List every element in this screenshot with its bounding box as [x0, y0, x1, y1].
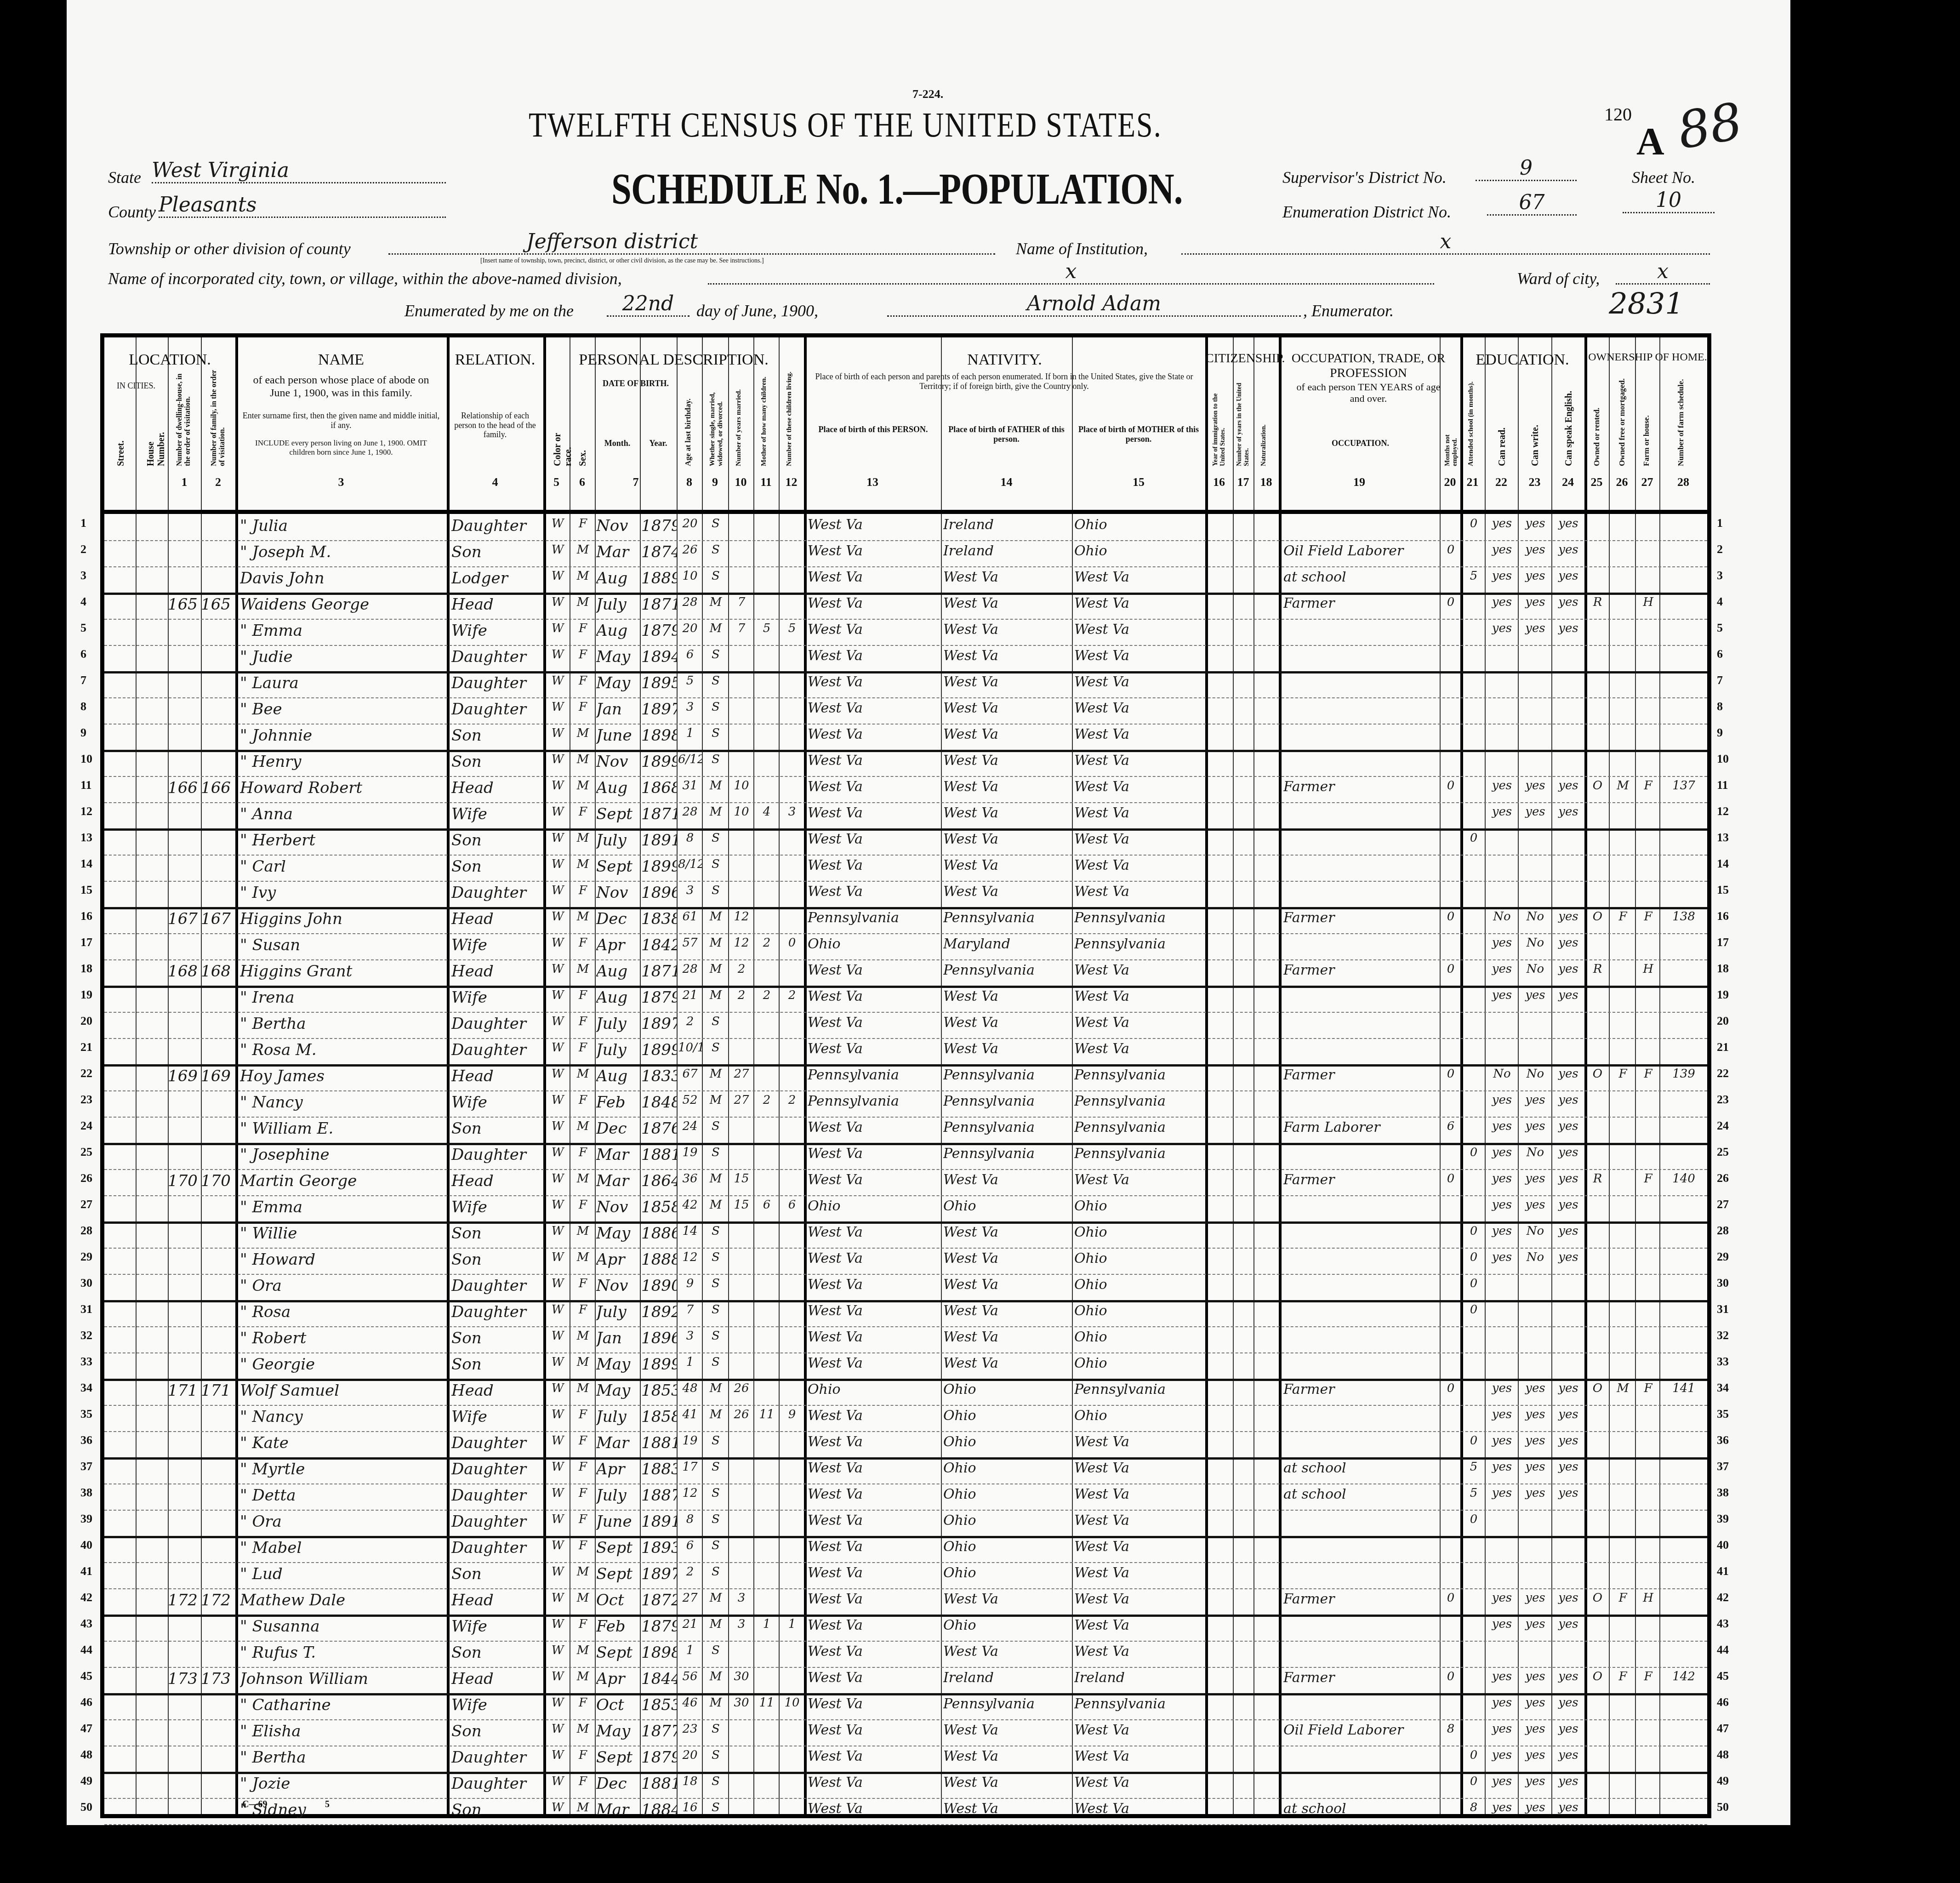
person-name-cell[interactable]: " Lud [240, 1565, 447, 1583]
person-name-cell[interactable]: " Myrtle [240, 1460, 447, 1478]
can-speak-cell[interactable]: yes [1552, 1434, 1584, 1448]
color-cell[interactable]: W [546, 700, 570, 714]
marital-status-cell[interactable]: S [703, 569, 728, 583]
birthplace-mother-cell[interactable]: Ohio [1074, 517, 1205, 533]
dwelling-number-cell[interactable]: 169 [168, 1067, 201, 1085]
can-speak-cell[interactable]: yes [1552, 1198, 1584, 1212]
relation-cell[interactable]: Daughter [451, 1041, 543, 1059]
person-name-cell[interactable]: " Bee [240, 700, 447, 719]
can-speak-cell[interactable]: yes [1552, 1146, 1584, 1159]
school-months-cell[interactable]: 0 [1463, 1303, 1485, 1317]
marital-status-cell[interactable]: S [703, 1119, 728, 1133]
relation-cell[interactable]: Daughter [451, 1486, 543, 1505]
relation-cell[interactable]: Son [451, 831, 543, 850]
birthplace-mother-cell[interactable]: West Va [1074, 1591, 1205, 1607]
relation-cell[interactable]: Wife [451, 936, 543, 954]
can-read-cell[interactable]: yes [1486, 779, 1518, 793]
birthplace-father-cell[interactable]: Ohio [943, 1512, 1072, 1529]
marital-status-cell[interactable]: M [703, 936, 728, 950]
children-living-cell[interactable]: 10 [780, 1696, 804, 1710]
children-living-cell[interactable]: 2 [780, 988, 804, 1002]
sex-cell[interactable]: M [571, 1565, 595, 1579]
color-cell[interactable]: W [546, 1093, 570, 1107]
color-cell[interactable]: W [546, 674, 570, 688]
birth-year-cell[interactable]: 1891 [641, 831, 677, 850]
birthplace-mother-cell[interactable]: West Va [1074, 1643, 1205, 1660]
birthplace-person-cell[interactable]: West Va [808, 1408, 941, 1424]
relation-cell[interactable]: Head [451, 1067, 543, 1085]
age-cell[interactable]: 17 [678, 1460, 702, 1474]
person-name-cell[interactable]: Waidens George [240, 595, 447, 614]
age-cell[interactable]: 5 [678, 674, 702, 688]
can-write-cell[interactable]: yes [1519, 569, 1551, 583]
marital-status-cell[interactable]: S [703, 1801, 728, 1815]
can-read-cell[interactable]: yes [1486, 1775, 1518, 1788]
birthplace-father-cell[interactable]: West Va [943, 753, 1072, 769]
sheet-field[interactable]: 10 [1623, 188, 1715, 213]
enumerator-field[interactable]: Arnold Adam [887, 292, 1301, 317]
birth-month-cell[interactable]: Apr [596, 1460, 640, 1478]
farm-schedule-cell[interactable]: 141 [1661, 1381, 1707, 1395]
birth-month-cell[interactable]: Nov [596, 517, 640, 535]
birth-month-cell[interactable]: Sept [596, 1748, 640, 1767]
birthplace-mother-cell[interactable]: Pennsylvania [1074, 936, 1205, 952]
sex-cell[interactable]: F [571, 1408, 595, 1421]
birthplace-father-cell[interactable]: West Va [943, 1643, 1072, 1660]
marital-status-cell[interactable]: M [703, 595, 728, 609]
marital-status-cell[interactable]: M [703, 622, 728, 635]
occupation-cell[interactable]: Farmer [1283, 1172, 1440, 1188]
birthplace-mother-cell[interactable]: West Va [1074, 1460, 1205, 1476]
supervisor-field[interactable]: 9 [1476, 156, 1577, 181]
birthplace-mother-cell[interactable]: West Va [1074, 1801, 1205, 1817]
marital-status-cell[interactable]: S [703, 884, 728, 897]
person-name-cell[interactable]: Wolf Samuel [240, 1381, 447, 1400]
marital-status-cell[interactable]: S [703, 1539, 728, 1552]
sex-cell[interactable]: F [571, 1775, 595, 1788]
birthplace-mother-cell[interactable]: Ohio [1074, 1224, 1205, 1240]
farm-house-cell[interactable]: F [1637, 1381, 1659, 1395]
can-write-cell[interactable]: No [1519, 936, 1551, 950]
relation-cell[interactable]: Son [451, 753, 543, 771]
birth-year-cell[interactable]: 1833 [641, 1067, 677, 1085]
age-cell[interactable]: 28 [678, 805, 702, 819]
marital-status-cell[interactable]: M [703, 1696, 728, 1710]
school-months-cell[interactable]: 0 [1463, 1775, 1485, 1788]
owned-rented-cell[interactable]: O [1586, 910, 1609, 924]
occupation-cell[interactable]: Farmer [1283, 910, 1440, 926]
can-read-cell[interactable]: yes [1486, 1093, 1518, 1107]
marital-status-cell[interactable]: S [703, 1565, 728, 1579]
birth-year-cell[interactable]: 1874 [641, 543, 677, 561]
birth-month-cell[interactable]: July [596, 595, 640, 614]
can-write-cell[interactable]: yes [1519, 1119, 1551, 1133]
can-read-cell[interactable]: yes [1486, 1250, 1518, 1264]
can-read-cell[interactable]: No [1486, 1067, 1518, 1081]
color-cell[interactable]: W [546, 622, 570, 635]
age-cell[interactable]: 12 [678, 1250, 702, 1264]
birthplace-mother-cell[interactable]: West Va [1074, 962, 1205, 978]
sex-cell[interactable]: M [571, 543, 595, 557]
free-mortgaged-cell[interactable]: F [1611, 910, 1635, 924]
birthplace-person-cell[interactable]: West Va [808, 857, 941, 873]
school-months-cell[interactable]: 5 [1463, 1486, 1485, 1500]
person-name-cell[interactable]: " Howard [240, 1250, 447, 1269]
marital-status-cell[interactable]: S [703, 700, 728, 714]
can-read-cell[interactable]: yes [1486, 595, 1518, 609]
can-read-cell[interactable]: yes [1486, 1722, 1518, 1736]
birthplace-father-cell[interactable]: Ohio [943, 1617, 1072, 1633]
age-cell[interactable]: 16 [678, 1801, 702, 1815]
years-married-cell[interactable]: 7 [729, 622, 753, 635]
color-cell[interactable]: W [546, 543, 570, 557]
relation-cell[interactable]: Daughter [451, 674, 543, 692]
relation-cell[interactable]: Son [451, 1119, 543, 1138]
birth-year-cell[interactable]: 1898 [641, 1643, 677, 1662]
children-living-cell[interactable]: 1 [780, 1617, 804, 1631]
marital-status-cell[interactable]: S [703, 1146, 728, 1159]
age-cell[interactable]: 21 [678, 988, 702, 1002]
sex-cell[interactable]: M [571, 1355, 595, 1369]
birth-year-cell[interactable]: 1898 [641, 726, 677, 745]
can-write-cell[interactable]: No [1519, 1146, 1551, 1159]
school-months-cell[interactable]: 5 [1463, 569, 1485, 583]
can-speak-cell[interactable]: yes [1552, 1408, 1584, 1421]
birthplace-person-cell[interactable]: West Va [808, 517, 941, 533]
mother-of-cell[interactable]: 2 [755, 1093, 779, 1107]
marital-status-cell[interactable]: S [703, 1748, 728, 1762]
birth-year-cell[interactable]: 1893 [641, 1539, 677, 1557]
sex-cell[interactable]: F [571, 1198, 595, 1212]
person-name-cell[interactable]: " Rosa M. [240, 1041, 447, 1059]
marital-status-cell[interactable]: S [703, 1041, 728, 1055]
birth-month-cell[interactable]: Apr [596, 1670, 640, 1688]
can-read-cell[interactable]: yes [1486, 1381, 1518, 1395]
birthplace-father-cell[interactable]: Pennsylvania [943, 1119, 1072, 1136]
months-unemployed-cell[interactable]: 0 [1441, 1067, 1460, 1081]
school-months-cell[interactable]: 0 [1463, 831, 1485, 845]
person-name-cell[interactable]: Martin George [240, 1172, 447, 1190]
months-unemployed-cell[interactable]: 0 [1441, 543, 1460, 557]
sex-cell[interactable]: F [571, 1434, 595, 1448]
age-cell[interactable]: 3 [678, 1329, 702, 1343]
birth-year-cell[interactable]: 1853 [641, 1381, 677, 1400]
can-read-cell[interactable]: yes [1486, 805, 1518, 819]
age-cell[interactable]: 2 [678, 1565, 702, 1579]
sex-cell[interactable]: F [571, 517, 595, 531]
color-cell[interactable]: W [546, 1303, 570, 1317]
birth-month-cell[interactable]: Nov [596, 1198, 640, 1216]
person-name-cell[interactable]: Higgins Grant [240, 962, 447, 981]
birth-year-cell[interactable]: 1864 [641, 1172, 677, 1190]
can-speak-cell[interactable]: yes [1552, 517, 1584, 531]
birth-year-cell[interactable]: 1889 [641, 569, 677, 588]
color-cell[interactable]: W [546, 988, 570, 1002]
family-number-cell[interactable]: 172 [201, 1591, 235, 1609]
age-cell[interactable]: 18 [678, 1775, 702, 1788]
birthplace-father-cell[interactable]: West Va [943, 1775, 1072, 1791]
sex-cell[interactable]: M [571, 1172, 595, 1186]
birth-month-cell[interactable]: Oct [596, 1591, 640, 1609]
school-months-cell[interactable]: 0 [1463, 1250, 1485, 1264]
person-name-cell[interactable]: " Johnnie [240, 726, 447, 745]
person-name-cell[interactable]: " Detta [240, 1486, 447, 1505]
sex-cell[interactable]: M [571, 1591, 595, 1605]
birth-year-cell[interactable]: 1853 [641, 1696, 677, 1714]
birthplace-father-cell[interactable]: West Va [943, 1224, 1072, 1240]
birthplace-person-cell[interactable]: West Va [808, 569, 941, 585]
birth-month-cell[interactable]: May [596, 674, 640, 692]
can-speak-cell[interactable]: yes [1552, 936, 1584, 950]
school-months-cell[interactable]: 0 [1463, 1512, 1485, 1526]
birthplace-father-cell[interactable]: West Va [943, 700, 1072, 716]
birthplace-person-cell[interactable]: West Va [808, 884, 941, 900]
color-cell[interactable]: W [546, 936, 570, 950]
farm-house-cell[interactable]: F [1637, 779, 1659, 793]
birth-year-cell[interactable]: 1894 [641, 648, 677, 666]
family-number-cell[interactable]: 171 [201, 1381, 235, 1400]
marital-status-cell[interactable]: S [703, 1775, 728, 1788]
can-write-cell[interactable]: yes [1519, 1617, 1551, 1631]
birth-year-cell[interactable]: 1877 [641, 1722, 677, 1740]
can-write-cell[interactable]: yes [1519, 622, 1551, 635]
relation-cell[interactable]: Head [451, 962, 543, 981]
owned-rented-cell[interactable]: R [1586, 595, 1609, 609]
owned-rented-cell[interactable]: O [1586, 1670, 1609, 1683]
color-cell[interactable]: W [546, 831, 570, 845]
farm-house-cell[interactable]: F [1637, 1670, 1659, 1683]
color-cell[interactable]: W [546, 1198, 570, 1212]
person-name-cell[interactable]: " Bertha [240, 1748, 447, 1767]
color-cell[interactable]: W [546, 1801, 570, 1815]
relation-cell[interactable]: Daughter [451, 884, 543, 902]
relation-cell[interactable]: Wife [451, 1093, 543, 1112]
children-living-cell[interactable]: 0 [780, 936, 804, 950]
birthplace-person-cell[interactable]: West Va [808, 1722, 941, 1738]
birthplace-father-cell[interactable]: Ireland [943, 543, 1072, 559]
person-name-cell[interactable]: " Bertha [240, 1015, 447, 1033]
marital-status-cell[interactable]: M [703, 1617, 728, 1631]
birthplace-mother-cell[interactable]: West Va [1074, 1539, 1205, 1555]
birthplace-person-cell[interactable]: West Va [808, 1119, 941, 1136]
person-name-cell[interactable]: " Henry [240, 753, 447, 771]
age-cell[interactable]: 28 [678, 962, 702, 976]
birthplace-father-cell[interactable]: West Va [943, 884, 1072, 900]
person-name-cell[interactable]: " Nancy [240, 1408, 447, 1426]
color-cell[interactable]: W [546, 726, 570, 740]
sex-cell[interactable]: F [571, 884, 595, 897]
birthplace-father-cell[interactable]: West Va [943, 595, 1072, 611]
dwelling-number-cell[interactable]: 170 [168, 1172, 201, 1190]
color-cell[interactable]: W [546, 1015, 570, 1028]
color-cell[interactable]: W [546, 753, 570, 766]
months-unemployed-cell[interactable]: 0 [1441, 1381, 1460, 1395]
dwelling-number-cell[interactable]: 166 [168, 779, 201, 797]
can-read-cell[interactable]: yes [1486, 1224, 1518, 1238]
marital-status-cell[interactable]: S [703, 1643, 728, 1657]
birthplace-person-cell[interactable]: West Va [808, 1041, 941, 1057]
can-read-cell[interactable]: yes [1486, 1801, 1518, 1815]
color-cell[interactable]: W [546, 779, 570, 793]
relation-cell[interactable]: Son [451, 726, 543, 745]
sex-cell[interactable]: F [571, 1146, 595, 1159]
can-write-cell[interactable]: yes [1519, 1381, 1551, 1395]
age-cell[interactable]: 19 [678, 1146, 702, 1159]
farm-house-cell[interactable]: H [1637, 962, 1659, 976]
family-number-cell[interactable]: 173 [201, 1670, 235, 1688]
birth-year-cell[interactable]: 1871 [641, 595, 677, 614]
relation-cell[interactable]: Daughter [451, 1277, 543, 1295]
person-name-cell[interactable]: " Jozie [240, 1775, 447, 1793]
sex-cell[interactable]: M [571, 753, 595, 766]
person-name-cell[interactable]: " Herbert [240, 831, 447, 850]
birthplace-father-cell[interactable]: Pennsylvania [943, 1146, 1072, 1162]
birthplace-person-cell[interactable]: West Va [808, 1329, 941, 1345]
birthplace-father-cell[interactable]: West Va [943, 1722, 1072, 1738]
occupation-cell[interactable]: Farmer [1283, 962, 1440, 978]
birth-month-cell[interactable]: Feb [596, 1093, 640, 1112]
relation-cell[interactable]: Head [451, 1591, 543, 1609]
birthplace-father-cell[interactable]: West Va [943, 648, 1072, 664]
relation-cell[interactable]: Head [451, 1670, 543, 1688]
can-read-cell[interactable]: yes [1486, 1434, 1518, 1448]
can-speak-cell[interactable]: yes [1552, 988, 1584, 1002]
color-cell[interactable]: W [546, 1277, 570, 1290]
children-living-cell[interactable]: 9 [780, 1408, 804, 1421]
relation-cell[interactable]: Head [451, 1381, 543, 1400]
birthplace-person-cell[interactable]: West Va [808, 700, 941, 716]
birthplace-person-cell[interactable]: West Va [808, 1015, 941, 1031]
occupation-cell[interactable]: Farmer [1283, 1067, 1440, 1083]
birthplace-mother-cell[interactable]: Pennsylvania [1074, 1696, 1205, 1712]
birth-month-cell[interactable]: Apr [596, 936, 640, 954]
birthplace-father-cell[interactable]: West Va [943, 1303, 1072, 1319]
age-cell[interactable]: 31 [678, 779, 702, 793]
sex-cell[interactable]: M [571, 1643, 595, 1657]
free-mortgaged-cell[interactable]: F [1611, 1067, 1635, 1081]
person-name-cell[interactable]: " Kate [240, 1434, 447, 1452]
color-cell[interactable]: W [546, 1591, 570, 1605]
person-name-cell[interactable]: " Ivy [240, 884, 447, 902]
occupation-cell[interactable]: Farmer [1283, 1381, 1440, 1398]
township-field[interactable]: Jefferson district [388, 230, 995, 255]
birth-year-cell[interactable]: 1872 [641, 1591, 677, 1609]
can-write-cell[interactable]: yes [1519, 595, 1551, 609]
marital-status-cell[interactable]: S [703, 1015, 728, 1028]
school-months-cell[interactable]: 0 [1463, 1748, 1485, 1762]
can-read-cell[interactable]: yes [1486, 543, 1518, 557]
age-cell[interactable]: 20 [678, 517, 702, 531]
owned-rented-cell[interactable]: R [1586, 1172, 1609, 1186]
birthplace-mother-cell[interactable]: West Va [1074, 1748, 1205, 1764]
birthplace-person-cell[interactable]: West Va [808, 1172, 941, 1188]
color-cell[interactable]: W [546, 1748, 570, 1762]
person-name-cell[interactable]: " Susan [240, 936, 447, 954]
birthplace-person-cell[interactable]: West Va [808, 648, 941, 664]
county-field[interactable]: Pleasants [159, 193, 446, 218]
color-cell[interactable]: W [546, 1434, 570, 1448]
marital-status-cell[interactable]: S [703, 753, 728, 766]
person-name-cell[interactable]: " Julia [240, 517, 447, 535]
marital-status-cell[interactable]: S [703, 674, 728, 688]
person-name-cell[interactable]: " Josephine [240, 1146, 447, 1164]
can-write-cell[interactable]: yes [1519, 1408, 1551, 1421]
birthplace-mother-cell[interactable]: West Va [1074, 884, 1205, 900]
person-name-cell[interactable]: Johnson William [240, 1670, 447, 1688]
marital-status-cell[interactable]: S [703, 857, 728, 871]
can-write-cell[interactable]: yes [1519, 1591, 1551, 1605]
age-cell[interactable]: 42 [678, 1198, 702, 1212]
occupation-cell[interactable]: Oil Field Laborer [1283, 1722, 1440, 1738]
birthplace-mother-cell[interactable]: West Va [1074, 569, 1205, 585]
age-cell[interactable]: 3 [678, 700, 702, 714]
birth-year-cell[interactable]: 1899 [641, 753, 677, 771]
age-cell[interactable]: 9 [678, 1277, 702, 1290]
occupation-cell[interactable]: Farm Laborer [1283, 1119, 1440, 1136]
can-read-cell[interactable]: yes [1486, 569, 1518, 583]
birthplace-person-cell[interactable]: West Va [808, 779, 941, 795]
relation-cell[interactable]: Son [451, 857, 543, 876]
birth-month-cell[interactable]: May [596, 1224, 640, 1243]
birthplace-mother-cell[interactable]: Ireland [1074, 1670, 1205, 1686]
can-speak-cell[interactable]: yes [1552, 595, 1584, 609]
birth-year-cell[interactable]: 1876 [641, 1119, 677, 1138]
person-name-cell[interactable]: Mathew Dale [240, 1591, 447, 1609]
birth-year-cell[interactable]: 1879 [641, 622, 677, 640]
farm-house-cell[interactable]: F [1637, 1067, 1659, 1081]
birthplace-father-cell[interactable]: Ohio [943, 1434, 1072, 1450]
years-married-cell[interactable]: 12 [729, 910, 753, 924]
farm-house-cell[interactable]: F [1637, 1172, 1659, 1186]
birthplace-father-cell[interactable]: West Va [943, 1041, 1072, 1057]
enumeration-field[interactable]: 67 [1487, 191, 1577, 216]
birth-month-cell[interactable]: May [596, 1722, 640, 1740]
age-cell[interactable]: 6/12 [678, 753, 702, 766]
can-write-cell[interactable]: yes [1519, 543, 1551, 557]
marital-status-cell[interactable]: S [703, 1722, 728, 1736]
birthplace-father-cell[interactable]: West Va [943, 1748, 1072, 1764]
age-cell[interactable]: 7 [678, 1303, 702, 1317]
owned-rented-cell[interactable]: O [1586, 1381, 1609, 1395]
color-cell[interactable]: W [546, 1172, 570, 1186]
can-write-cell[interactable]: yes [1519, 1775, 1551, 1788]
marital-status-cell[interactable]: M [703, 805, 728, 819]
color-cell[interactable]: W [546, 884, 570, 897]
relation-cell[interactable]: Son [451, 1355, 543, 1374]
months-unemployed-cell[interactable]: 0 [1441, 779, 1460, 793]
person-name-cell[interactable]: Higgins John [240, 910, 447, 928]
birthplace-person-cell[interactable]: West Va [808, 622, 941, 638]
can-read-cell[interactable]: yes [1486, 1198, 1518, 1212]
can-read-cell[interactable]: yes [1486, 1696, 1518, 1710]
birthplace-father-cell[interactable]: West Va [943, 1329, 1072, 1345]
owned-rented-cell[interactable]: O [1586, 1591, 1609, 1605]
family-number-cell[interactable]: 169 [201, 1067, 235, 1085]
farm-schedule-cell[interactable]: 139 [1661, 1067, 1707, 1081]
birthplace-mother-cell[interactable]: West Va [1074, 622, 1205, 638]
person-name-cell[interactable]: " Judie [240, 648, 447, 666]
relation-cell[interactable]: Head [451, 595, 543, 614]
years-married-cell[interactable]: 26 [729, 1381, 753, 1395]
birthplace-person-cell[interactable]: West Va [808, 1460, 941, 1476]
can-speak-cell[interactable]: yes [1552, 779, 1584, 793]
years-married-cell[interactable]: 15 [729, 1172, 753, 1186]
sex-cell[interactable]: F [571, 988, 595, 1002]
can-read-cell[interactable]: yes [1486, 517, 1518, 531]
relation-cell[interactable]: Daughter [451, 517, 543, 535]
color-cell[interactable]: W [546, 1670, 570, 1683]
birthplace-father-cell[interactable]: West Va [943, 726, 1072, 742]
